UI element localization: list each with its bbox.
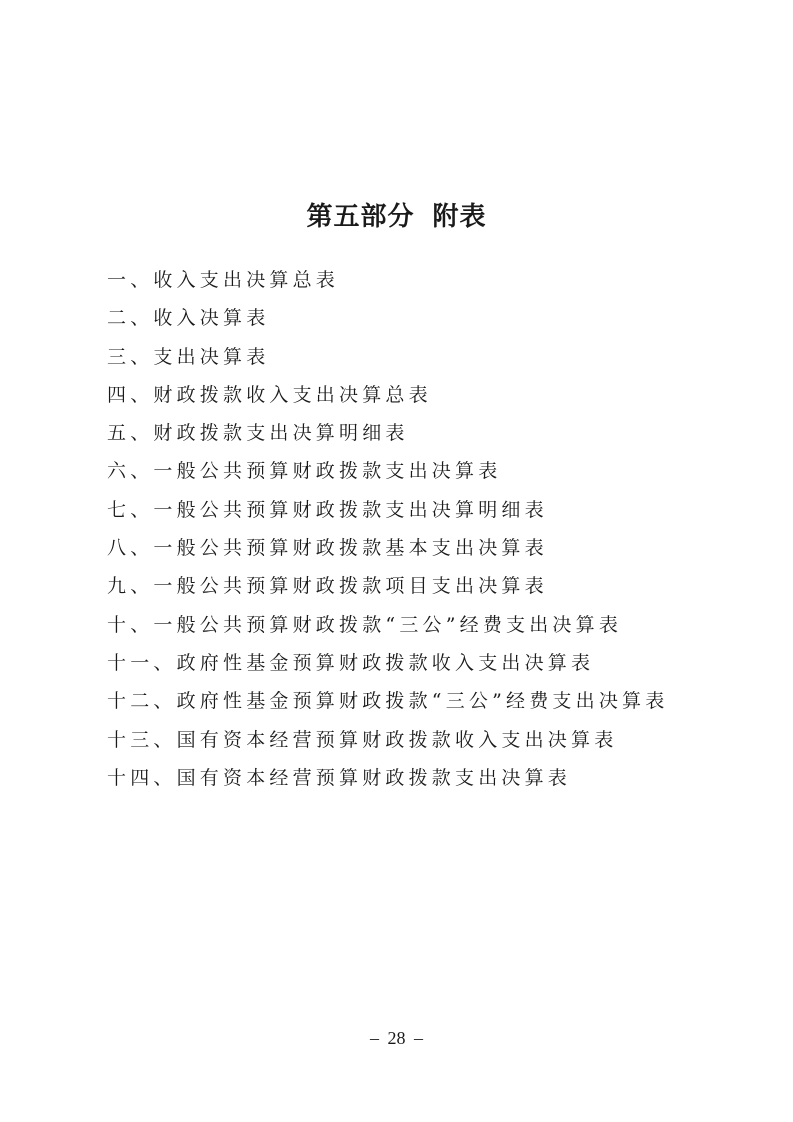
toc-item: 十三、国有资本经营预算财政拨款收入支出决算表 xyxy=(107,724,668,762)
toc-item: 六、一般公共预算财政拨款支出决算表 xyxy=(107,455,668,493)
toc-item: 十、一般公共预算财政拨款“三公”经费支出决算表 xyxy=(107,609,668,647)
toc-item: 五、财政拨款支出决算明细表 xyxy=(107,417,668,455)
toc-item: 四、财政拨款收入支出决算总表 xyxy=(107,379,668,417)
page-number: – 28 – xyxy=(0,1028,793,1049)
toc-item: 八、一般公共预算财政拨款基本支出决算表 xyxy=(107,532,668,570)
toc-item: 二、收入决算表 xyxy=(107,302,668,340)
toc-item: 七、一般公共预算财政拨款支出决算明细表 xyxy=(107,494,668,532)
toc-item: 十四、国有资本经营预算财政拨款支出决算表 xyxy=(107,762,668,800)
toc-item: 十二、政府性基金预算财政拨款“三公”经费支出决算表 xyxy=(107,685,668,723)
toc-item: 十一、政府性基金预算财政拨款收入支出决算表 xyxy=(107,647,668,685)
toc-item: 一、收入支出决算总表 xyxy=(107,264,668,302)
appendix-table-list: 一、收入支出决算总表 二、收入决算表 三、支出决算表 四、财政拨款收入支出决算总… xyxy=(107,264,668,800)
toc-item: 三、支出决算表 xyxy=(107,341,668,379)
toc-item: 九、一般公共预算财政拨款项目支出决算表 xyxy=(107,570,668,608)
page-title: 第五部分 附表 xyxy=(0,199,793,235)
